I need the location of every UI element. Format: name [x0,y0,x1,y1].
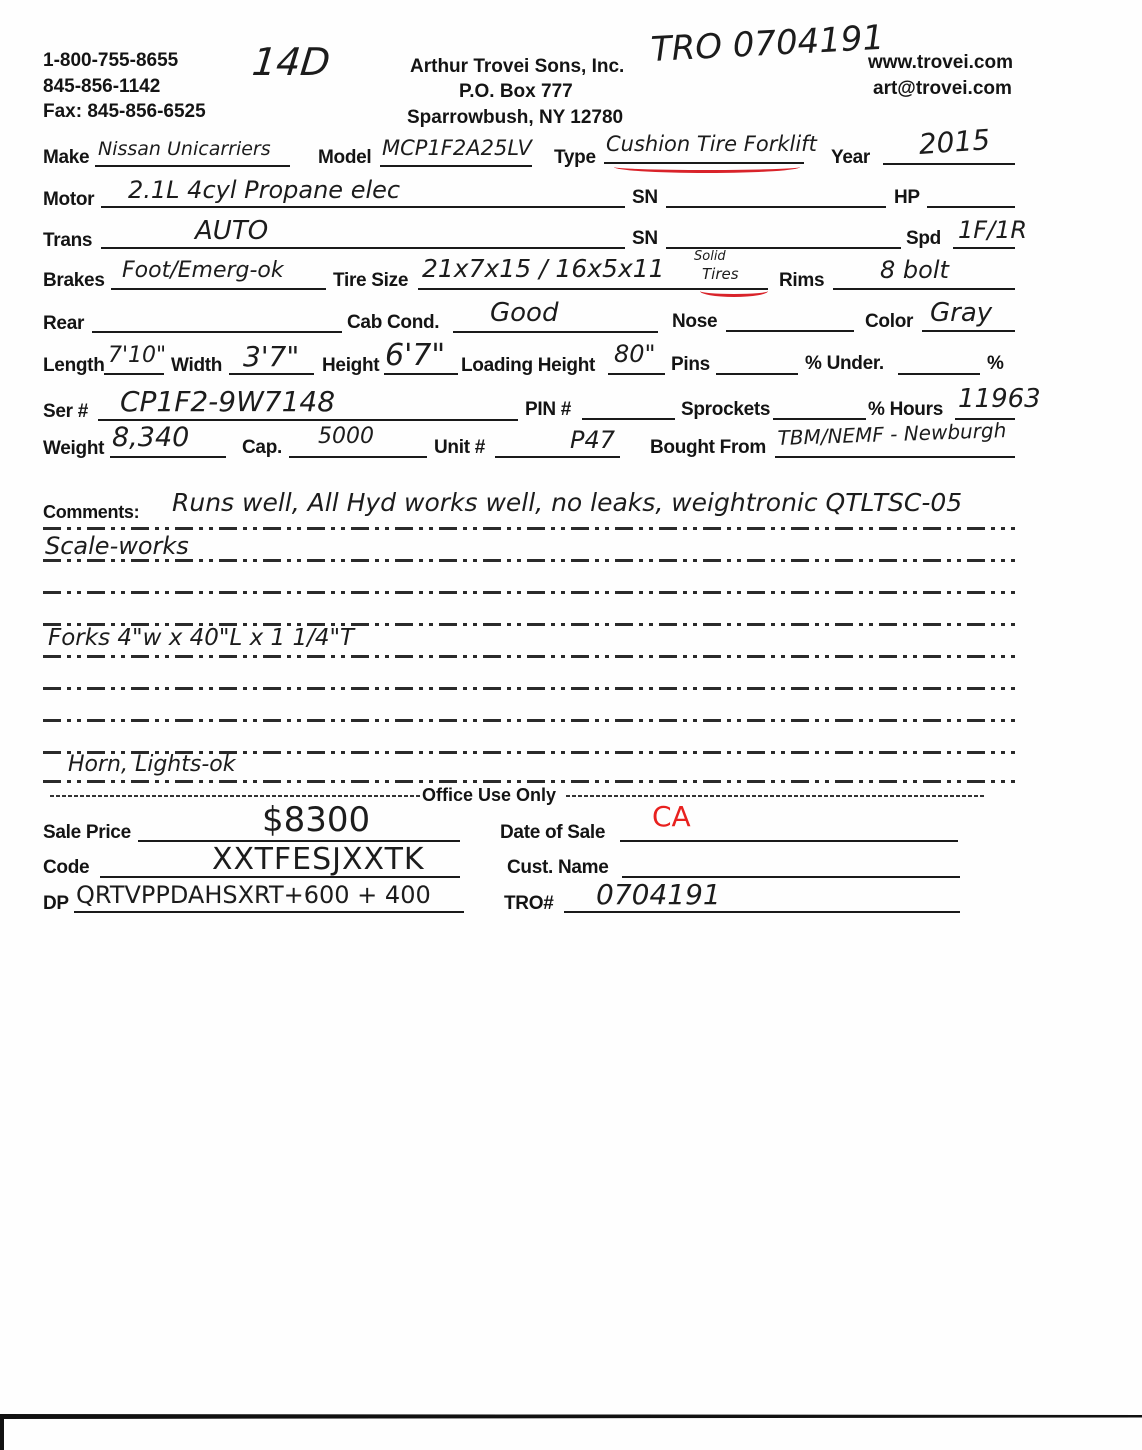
pin-field[interactable] [582,418,675,420]
comments-label: Comments: [43,502,139,523]
ser-field[interactable]: CP1F2-9W7148 [120,385,335,418]
date-of-sale-field[interactable] [620,840,958,842]
year-line [883,163,1015,165]
bought-from-line [775,456,1015,458]
unit-label: Unit # [434,437,485,459]
comment-rule-1 [43,527,1015,530]
handwritten-tag: 14D [250,40,332,84]
comment-rule-5 [43,655,1015,658]
spd-field[interactable]: 1F/1R [958,216,1027,244]
motor-sn-label: SN [632,187,658,209]
trans-sn-label: SN [632,228,658,250]
comment-line-2[interactable]: Scale-works [45,532,189,560]
bought-from-label: Bought From [650,437,766,459]
length-line [104,373,164,375]
email-link[interactable]: art@trovei.com [873,78,1012,100]
year-field[interactable]: 2015 [918,123,991,161]
motor-line [101,206,625,208]
brakes-label: Brakes [43,270,105,292]
tro-line [564,911,960,913]
width-field[interactable]: 3'7" [243,340,299,373]
ser-line [98,419,518,421]
tro-field[interactable]: 0704191 [596,878,721,911]
brakes-field[interactable]: Foot/Emerg-ok [122,258,284,283]
loading-height-line [608,373,665,375]
sprockets-field[interactable] [773,418,866,420]
phone-local: 845-856-1142 [43,76,160,98]
motor-label: Motor [43,189,94,211]
unit-field[interactable]: P47 [570,426,615,454]
company-city: Sparrowbush, NY 12780 [407,107,623,129]
pct-hours-field[interactable]: 11963 [958,384,1041,414]
pct-under-field[interactable] [898,373,980,375]
cap-line [289,456,427,458]
cab-cond-line [453,331,658,333]
type-field[interactable]: Cushion Tire Forklift [606,132,817,156]
loading-height-label: Loading Height [461,355,595,377]
fax-number: Fax: 845-856-6525 [43,101,206,123]
model-label: Model [318,147,371,169]
code-field[interactable]: XXTFESJXXTK [212,842,425,877]
trans-line [101,247,625,249]
date-of-sale-label: Date of Sale [500,822,605,844]
comment-rule-9 [43,780,1015,783]
rear-field[interactable] [92,331,342,333]
phone-tollfree: 1-800-755-8655 [43,50,178,72]
trans-label: Trans [43,230,92,252]
pct-under-suffix: % [987,353,1004,375]
brakes-line [111,288,326,290]
weight-line [110,456,226,458]
comment-line-4[interactable]: Forks 4"w x 40"L x 1 1/4"T [48,625,354,651]
company-name: Arthur Trovei Sons, Inc. [410,56,624,78]
cap-field[interactable]: 5000 [318,424,374,449]
hp-label: HP [894,187,920,209]
rims-line [833,288,1015,290]
motor-field[interactable]: 2.1L 4cyl Propane elec [128,176,400,204]
cab-cond-label: Cab Cond. [347,312,439,334]
pins-field[interactable] [716,373,798,375]
height-label: Height [322,355,379,377]
height-line [384,373,458,375]
type-line [604,162,804,164]
cap-label: Cap. [242,437,282,459]
ser-label: Ser # [43,401,88,423]
length-label: Length [43,355,105,377]
pct-under-label: % Under. [805,353,884,375]
width-line [229,373,314,375]
model-line [380,165,532,167]
dp-line [74,911,464,913]
spd-line [953,247,1015,249]
make-field[interactable]: Nissan Unicarriers [98,138,271,160]
nose-field[interactable] [726,330,854,332]
pins-label: Pins [671,354,710,376]
cab-cond-field[interactable]: Good [490,298,558,328]
tro-label: TRO# [504,893,553,915]
office-use-title: Office Use Only [422,785,556,806]
trans-field[interactable]: AUTO [195,216,268,246]
sale-price-label: Sale Price [43,822,131,844]
year-label: Year [831,147,870,169]
color-field[interactable]: Gray [930,298,992,328]
pin-label: PIN # [525,399,571,421]
dp-label: DP [43,893,69,915]
comment-line-1[interactable]: Runs well, All Hyd works well, no leaks,… [172,488,962,517]
company-po-box: P.O. Box 777 [459,81,573,103]
type-red-underline [614,166,800,173]
length-field[interactable]: 7'10" [108,343,166,368]
code-label: Code [43,857,89,879]
pct-hours-label: % Hours [868,399,943,421]
make-line [95,165,290,167]
weight-field[interactable]: 8,340 [112,422,189,453]
office-divider-right [566,795,984,797]
tire-size-field[interactable]: 21x7x15 / 16x5x11 [422,254,665,283]
rear-label: Rear [43,313,84,335]
unit-line [495,456,620,458]
comment-rule-3 [43,591,1015,594]
model-field[interactable]: MCP1F2A25LV [382,136,532,160]
sprockets-label: Sprockets [681,399,770,421]
type-label: Type [554,147,596,169]
color-line [922,330,1015,332]
scan-edge-line [0,1414,1142,1419]
height-field[interactable]: 6'7" [385,338,445,373]
nose-label: Nose [672,311,717,333]
bought-from-field[interactable]: TBM/NEMF - Newburgh [777,418,1007,450]
width-label: Width [171,355,222,377]
rims-label: Rims [779,270,824,292]
hp-field[interactable] [927,206,1015,208]
comment-line-7[interactable]: Horn, Lights-ok [68,752,235,777]
comment-rule-2 [43,559,1015,562]
make-label: Make [43,147,89,169]
tire-size-label: Tire Size [333,270,408,292]
dp-field[interactable]: QRTVPPDAHSXRT+600 + 400 [76,881,431,909]
tire-note-solid: Solid [694,249,726,264]
cust-name-label: Cust. Name [507,857,609,879]
color-label: Color [865,311,913,333]
tire-red-underline [700,290,768,297]
comment-rule-7 [43,719,1015,722]
loading-height-field[interactable]: 80" [614,340,656,368]
ca-stamp: CA [652,800,691,833]
scan-edge-corner [0,1414,4,1450]
tire-note-tires: Tires [702,265,739,283]
spd-label: Spd [906,228,941,250]
motor-sn-field[interactable] [666,206,886,208]
comment-rule-6 [43,687,1015,690]
website-link[interactable]: www.trovei.com [868,52,1013,74]
office-divider-left [50,795,420,797]
rims-field[interactable]: 8 bolt [880,256,949,284]
sale-price-field[interactable]: $8300 [262,800,370,840]
tro-handwritten-note: TRO 0704191 [650,18,885,70]
weight-label: Weight [43,438,104,460]
